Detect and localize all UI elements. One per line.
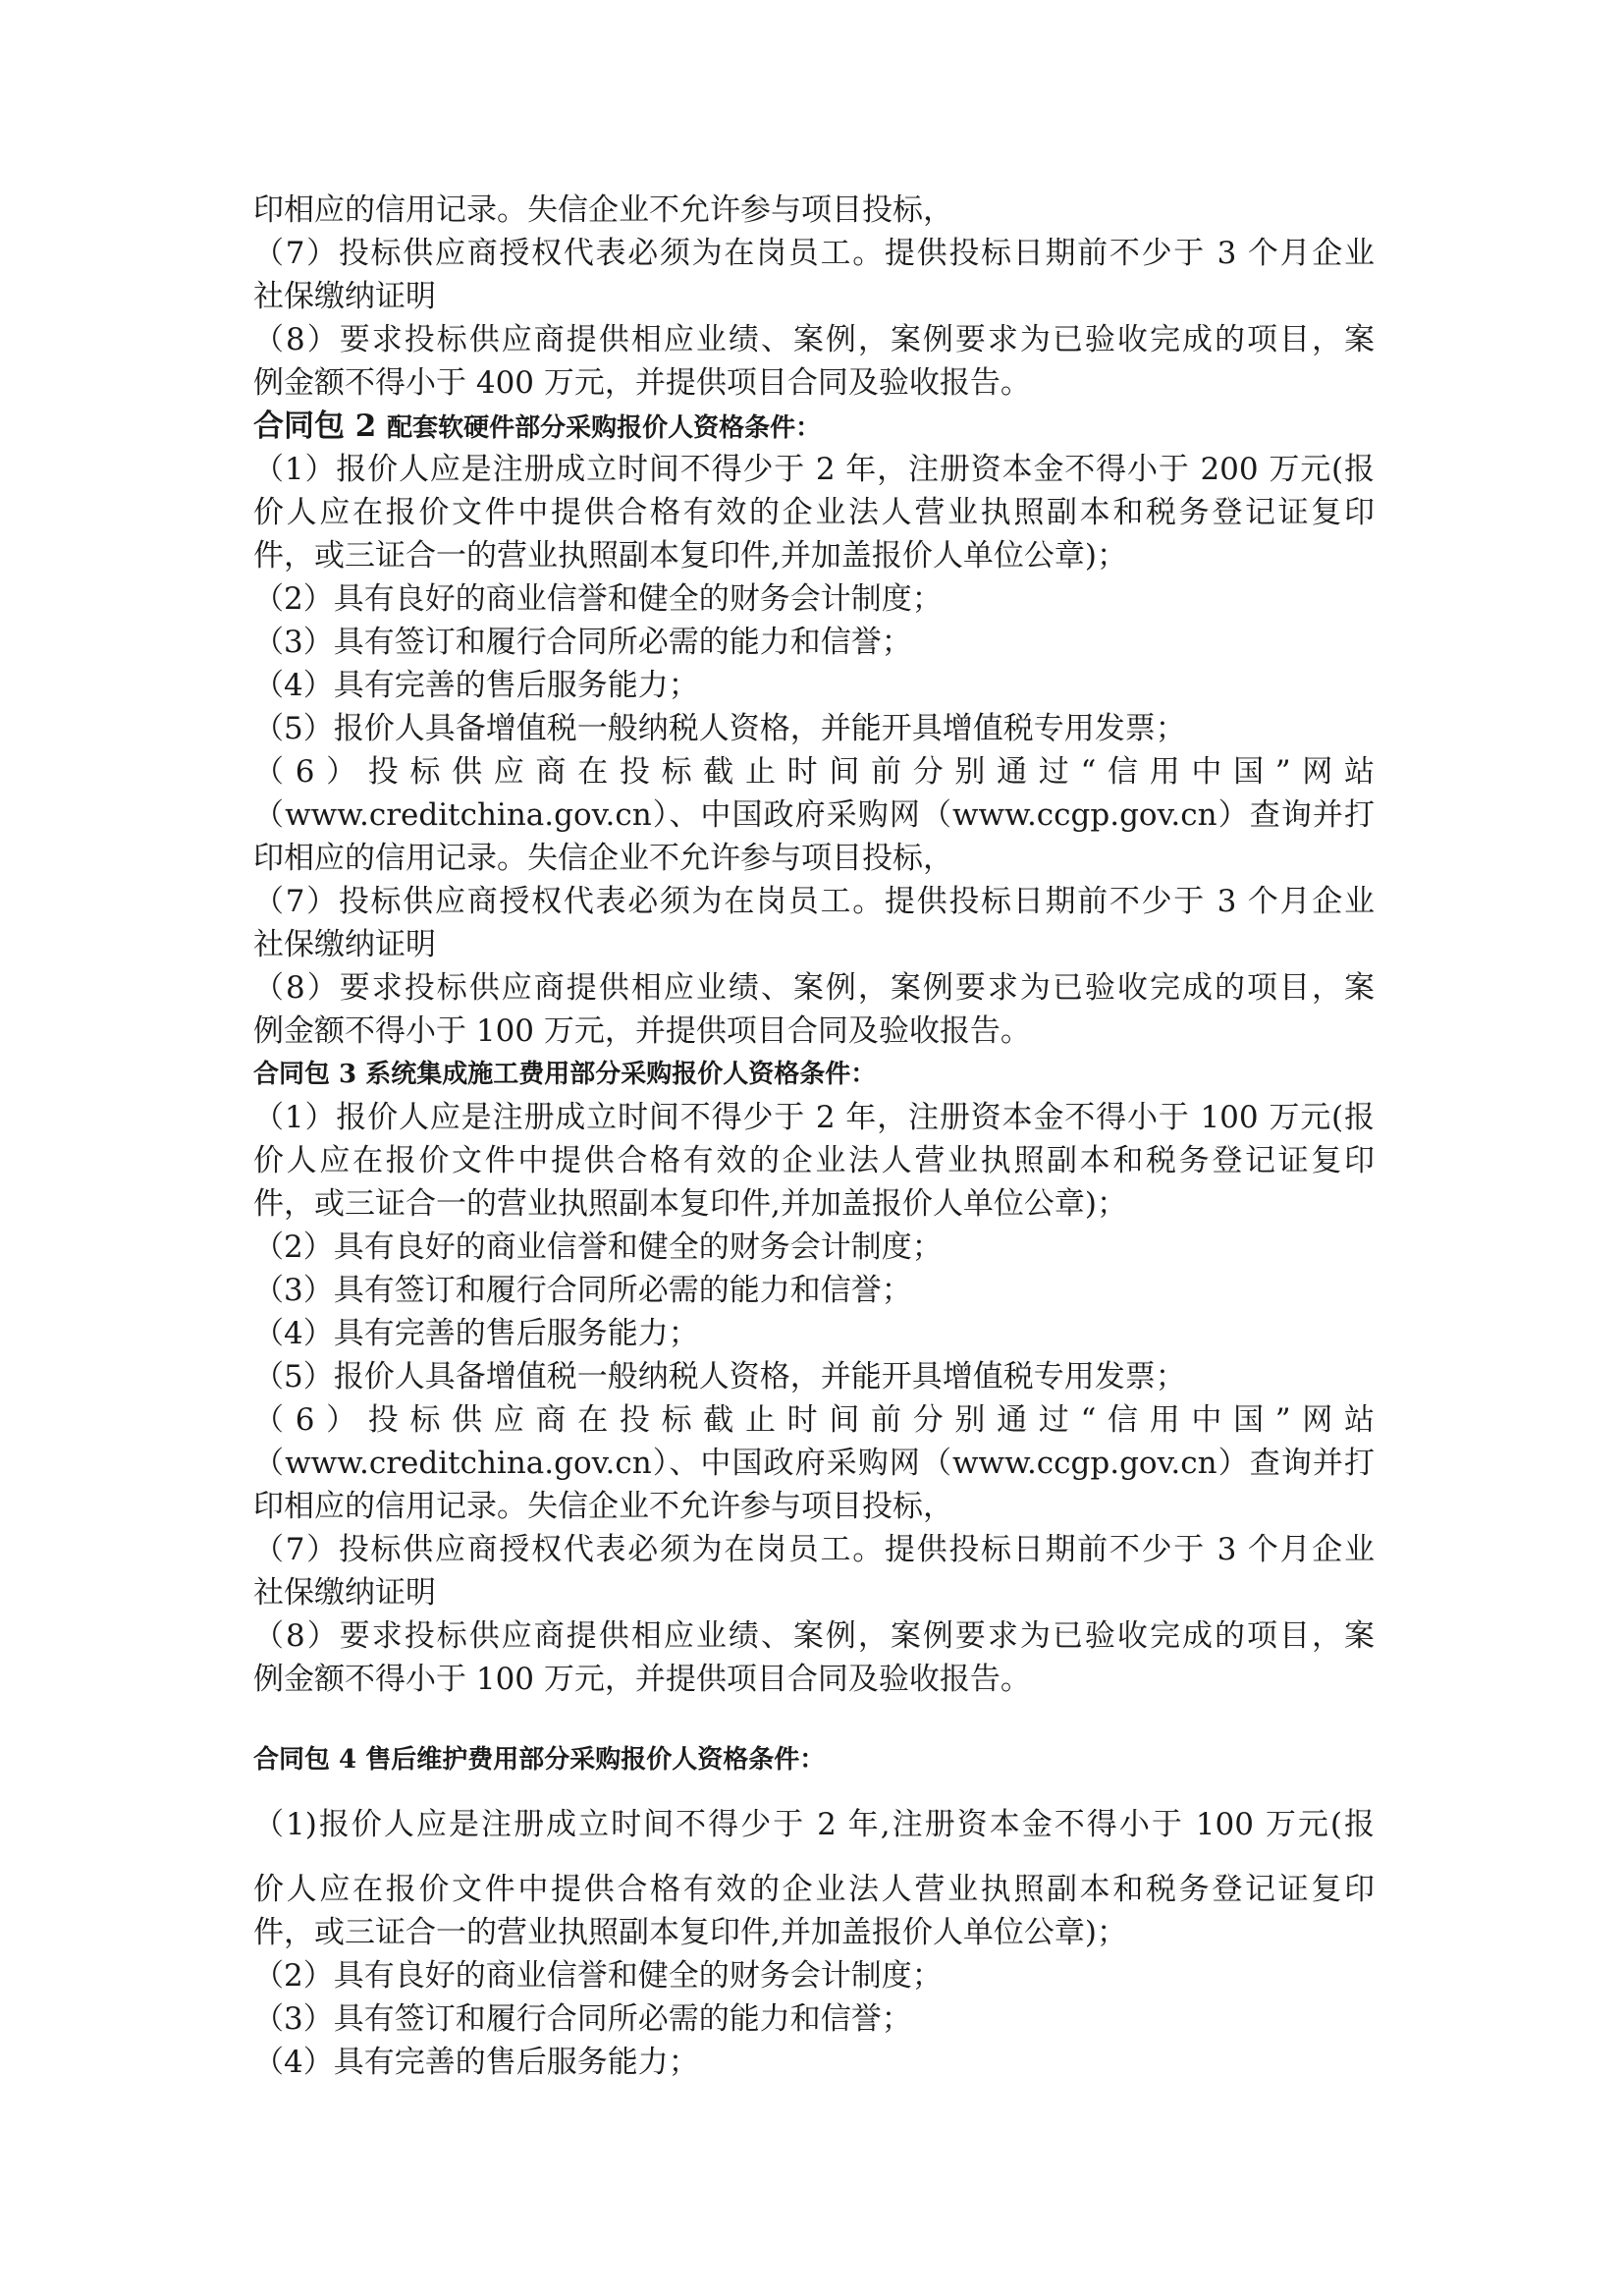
text-line: （3）具有签订和履行合同所必需的能力和信誉； <box>253 1999 912 2039</box>
text-line: 社保缴纳证明 <box>253 925 436 964</box>
text-line: （www.creditchina.gov.cn）、中国政府采购网（www.ccg… <box>253 1444 1375 1483</box>
text-line: （4）具有完善的售后服务能力； <box>253 666 699 705</box>
text-line: 件，或三证合一的营业执照副本复印件,并加盖报价人单位公章)； <box>253 1184 1127 1224</box>
text-line: （7）投标供应商授权代表必须为在岗员工。提供投标日期前不少于 3 个月企业 <box>253 882 1375 921</box>
text-line: （5）报价人具备增值税一般纳税人资格，并能开具增值税专用发票； <box>253 1357 1186 1396</box>
text-line: （www.creditchina.gov.cn）、中国政府采购网（www.ccg… <box>253 795 1375 835</box>
text-line: （6）投标供应商在投标截止时间前分别通过“信用中国”网站 <box>253 1400 1375 1440</box>
text-line: 价人应在报价文件中提供合格有效的企业法人营业执照副本和税务登记证复印 <box>253 1870 1375 1909</box>
text-line: 例金额不得小于 100 万元，并提供项目合同及验收报告。 <box>253 1660 1031 1699</box>
text-line: 社保缴纳证明 <box>253 1573 436 1613</box>
text-line: 件，或三证合一的营业执照副本复印件,并加盖报价人单位公章)； <box>253 1913 1127 1952</box>
text-line: 价人应在报价文件中提供合格有效的企业法人营业执照副本和税务登记证复印 <box>253 493 1375 532</box>
text-line: （4）具有完善的售后服务能力； <box>253 1314 699 1353</box>
text-line: 印相应的信用记录。失信企业不允许参与项目投标， <box>253 839 953 878</box>
section-heading: 合同包 4 售后维护费用部分采购报价人资格条件： <box>253 1740 825 1779</box>
text-line: （8）要求投标供应商提供相应业绩、案例，案例要求为已验收完成的项目，案 <box>253 1616 1375 1656</box>
text-line: （3）具有签订和履行合同所必需的能力和信誉； <box>253 623 912 662</box>
section-heading: 合同包 3 系统集成施工费用部分采购报价人资格条件： <box>253 1055 876 1094</box>
text-line: （2）具有良好的商业信誉和健全的财务会计制度； <box>253 1956 943 1995</box>
text-line: 价人应在报价文件中提供合格有效的企业法人营业执照副本和税务登记证复印 <box>253 1141 1375 1180</box>
text-line: 例金额不得小于 100 万元，并提供项目合同及验收报告。 <box>253 1011 1031 1051</box>
text-line: （1）报价人应是注册成立时间不得少于 2 年，注册资本金不得小于 100 万元(… <box>253 1098 1375 1137</box>
text-line: 印相应的信用记录。失信企业不允许参与项目投标， <box>253 191 953 230</box>
section-heading-text: 合同包 4 售后维护费用部分采购报价人资格条件： <box>253 1745 825 1775</box>
text-line: （2）具有良好的商业信誉和健全的财务会计制度； <box>253 579 943 619</box>
text-line: （6）投标供应商在投标截止时间前分别通过“信用中国”网站 <box>253 752 1375 792</box>
text-line: （3）具有签订和履行合同所必需的能力和信誉； <box>253 1271 912 1310</box>
text-line: （8）要求投标供应商提供相应业绩、案例，案例要求为已验收完成的项目，案 <box>253 968 1375 1008</box>
text-line: （7）投标供应商授权代表必须为在岗员工。提供投标日期前不少于 3 个月企业 <box>253 1530 1375 1569</box>
text-line: （1）报价人应是注册成立时间不得少于 2 年，注册资本金不得小于 200 万元(… <box>253 450 1375 489</box>
section-heading-text: 合同包 3 系统集成施工费用部分采购报价人资格条件： <box>253 1060 876 1089</box>
text-line: （1)报价人应是注册成立时间不得少于 2 年,注册资本金不得小于 100 万元(… <box>253 1805 1375 1844</box>
text-line: （2）具有良好的商业信誉和健全的财务会计制度； <box>253 1228 943 1267</box>
text-line: 社保缴纳证明 <box>253 277 436 316</box>
section-heading-prefix: 合同包 2 <box>253 409 387 444</box>
text-line: 例金额不得小于 400 万元，并提供项目合同及验收报告。 <box>253 363 1031 403</box>
section-heading: 合同包 2 配套软硬件部分采购报价人资格条件： <box>253 407 821 446</box>
text-line: （5）报价人具备增值税一般纳税人资格，并能开具增值税专用发票； <box>253 709 1186 748</box>
document-page: 印相应的信用记录。失信企业不允许参与项目投标，（7）投标供应商授权代表必须为在岗… <box>0 0 1623 2296</box>
text-line: 印相应的信用记录。失信企业不允许参与项目投标， <box>253 1487 953 1526</box>
text-line: （7）投标供应商授权代表必须为在岗员工。提供投标日期前不少于 3 个月企业 <box>253 234 1375 273</box>
text-line: （8）要求投标供应商提供相应业绩、案例，案例要求为已验收完成的项目，案 <box>253 320 1375 359</box>
text-line: （4）具有完善的售后服务能力； <box>253 2043 699 2082</box>
text-line: 件，或三证合一的营业执照副本复印件,并加盖报价人单位公章)； <box>253 536 1127 575</box>
section-heading-text: 配套软硬件部分采购报价人资格条件： <box>387 413 821 443</box>
